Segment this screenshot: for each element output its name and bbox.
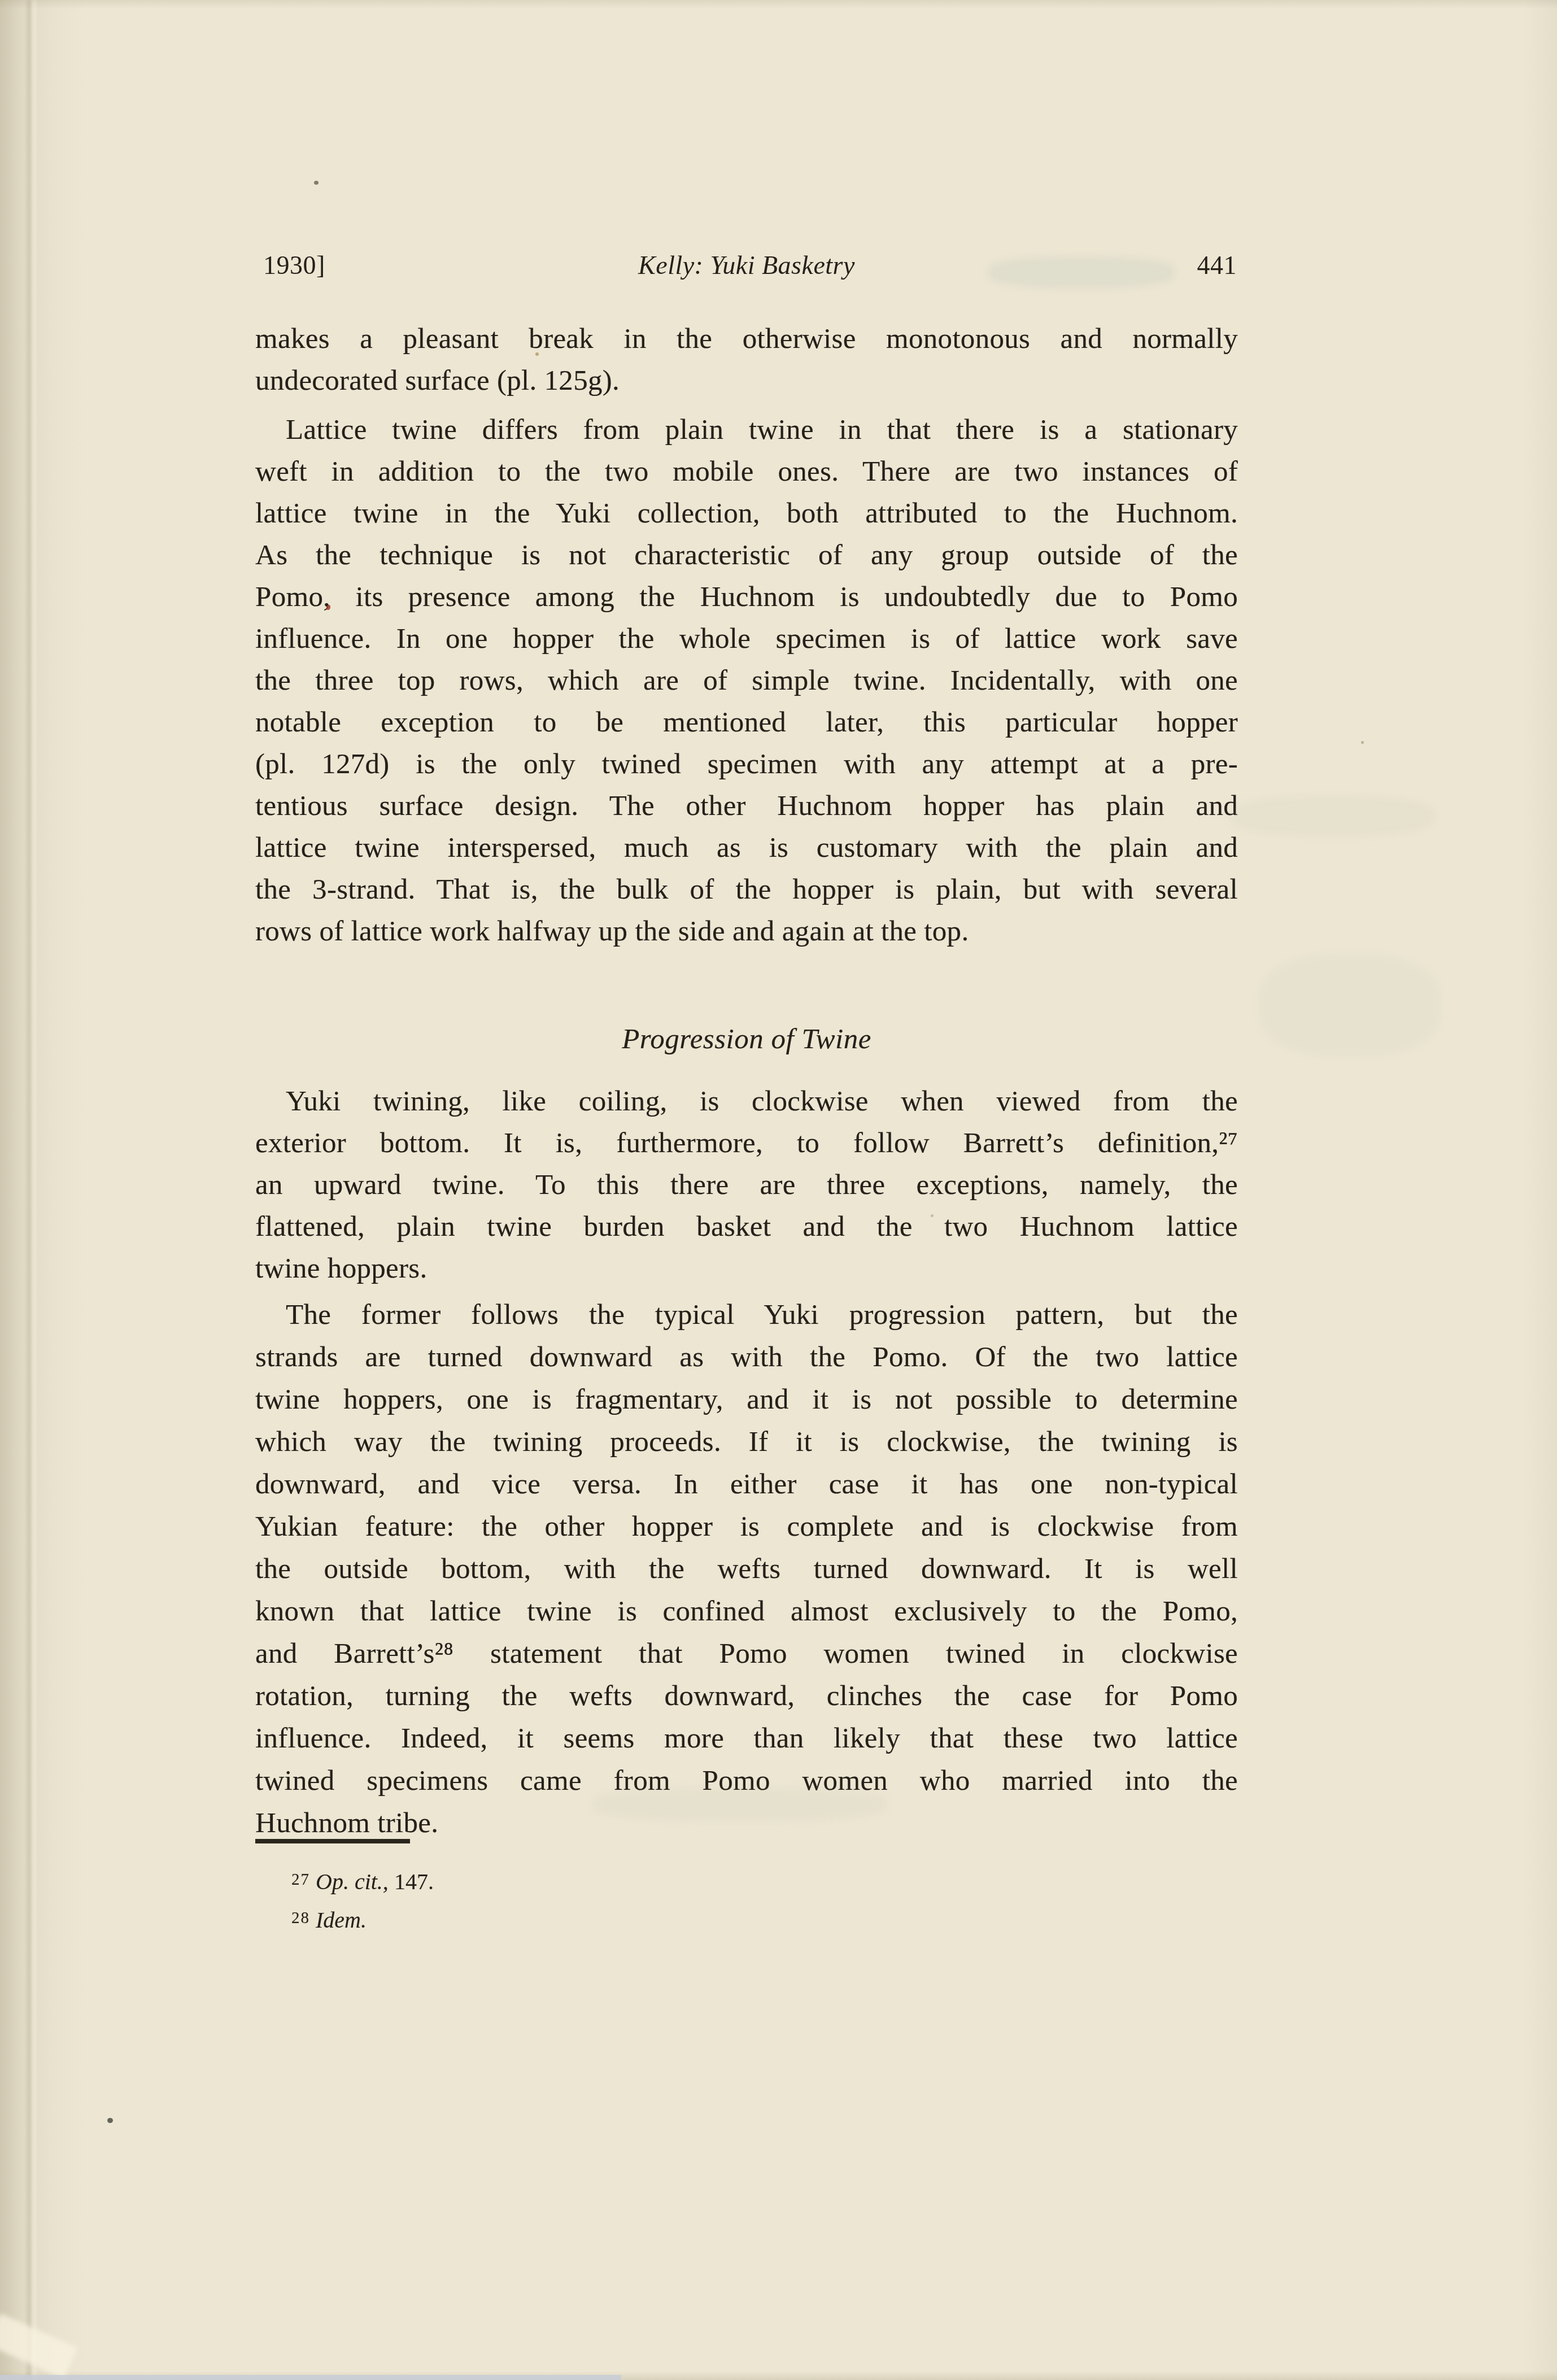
page-binding-crease-highlight <box>33 0 36 2380</box>
text-line: lattice twine in the Yuki collection, bo… <box>255 492 1238 534</box>
text-line: As the technique is not characteristic o… <box>255 534 1238 576</box>
text-line: Yuki twining, like coiling, is clockwise… <box>255 1080 1238 1122</box>
footnote-number: 28 <box>291 1909 310 1927</box>
footnote-citation-italic: Idem. <box>316 1907 367 1933</box>
text-line: (pl. 127d) is the only twined specimen w… <box>255 743 1238 785</box>
text-line: which way the twining proceeds. If it is… <box>255 1421 1238 1463</box>
text-line: known that lattice twine is confined alm… <box>255 1590 1238 1633</box>
section-heading: Progression of Twine <box>255 1018 1238 1060</box>
footnote-divider-rule <box>255 1839 410 1843</box>
text-line: lattice twine interspersed, much as is c… <box>255 827 1238 869</box>
show-through-smudge <box>1231 796 1434 836</box>
text-line: weft in addition to the two mobile ones.… <box>255 451 1238 492</box>
text-line: rotation, turning the wefts downward, cl… <box>255 1675 1238 1718</box>
header-page-number: 441 <box>1197 250 1237 280</box>
page-binding-crease <box>27 0 31 2380</box>
show-through-smudge <box>988 257 1175 288</box>
text-line: tentious surface design. The other Huchn… <box>255 785 1238 827</box>
paper-speck <box>107 2118 113 2123</box>
paragraph-yuki-twining: Yuki twining, like coiling, is clockwise… <box>255 1080 1238 1289</box>
text-line: Pomo, its presence among the Huchnom is … <box>255 576 1238 618</box>
paper-speck <box>314 181 319 185</box>
paper-speck <box>1361 741 1364 744</box>
text-line: twine hoppers, one is fragmentary, and i… <box>255 1379 1238 1421</box>
footnote-28: 28Idem. <box>255 1900 1238 1938</box>
text-line: exterior bottom. It is, furthermore, to … <box>255 1122 1238 1164</box>
paragraph-lattice-twine: Lattice twine differs from plain twine i… <box>255 409 1238 952</box>
text-line: influence. Indeed, it seems more than li… <box>255 1718 1238 1760</box>
text-line: influence. In one hopper the whole speci… <box>255 618 1238 660</box>
footnote-27: 27Op. cit., 147. <box>255 1862 1238 1900</box>
scanned-book-page: 1930] Kelly: Yuki Basketry 441 makes a p… <box>0 0 1557 2380</box>
text-line: Yukian feature: the other hopper is comp… <box>255 1506 1238 1548</box>
text-line: Lattice twine differs from plain twine i… <box>255 409 1238 451</box>
show-through-smudge <box>1259 954 1440 1056</box>
corner-fold <box>0 2313 78 2379</box>
footnotes: 27Op. cit., 147. 28Idem. <box>255 1862 1238 1938</box>
text-line: the 3-strand. That is, the bulk of the h… <box>255 869 1238 910</box>
text-line: downward, and vice versa. In either case… <box>255 1463 1238 1506</box>
show-through-smudge <box>593 1788 887 1821</box>
text-line: and Barrett’s²⁸ statement that Pomo wome… <box>255 1633 1238 1675</box>
text-line: The former follows the typical Yuki prog… <box>255 1294 1238 1336</box>
paper-speck <box>535 352 539 356</box>
paragraph-progression-exceptions: The former follows the typical Yuki prog… <box>255 1294 1238 1845</box>
text-line: an upward twine. To this there are three… <box>255 1164 1238 1206</box>
footnote-citation-italic: Op. cit., <box>316 1869 389 1894</box>
text-line: rows of lattice work halfway up the side… <box>255 910 1238 952</box>
paragraph-continuation: makes a pleasant break in the otherwise … <box>255 318 1238 402</box>
scanner-edge-strip <box>0 2375 621 2380</box>
text-line: notable exception to be mentioned later,… <box>255 701 1238 743</box>
text-line: the outside bottom, with the wefts turne… <box>255 1548 1238 1590</box>
paper-speck <box>931 1214 934 1217</box>
text-line: makes a pleasant break in the otherwise … <box>255 318 1238 360</box>
text-line: twine hoppers. <box>255 1248 1238 1289</box>
text-line: undecorated surface (pl. 125g). <box>255 360 1238 402</box>
footnote-citation-rest: 147. <box>389 1869 434 1894</box>
footnote-number: 27 <box>291 1871 310 1889</box>
text-line: flattened, plain twine burden basket and… <box>255 1206 1238 1248</box>
text-line: the three top rows, which are of simple … <box>255 660 1238 701</box>
text-line: strands are turned downward as with the … <box>255 1336 1238 1379</box>
